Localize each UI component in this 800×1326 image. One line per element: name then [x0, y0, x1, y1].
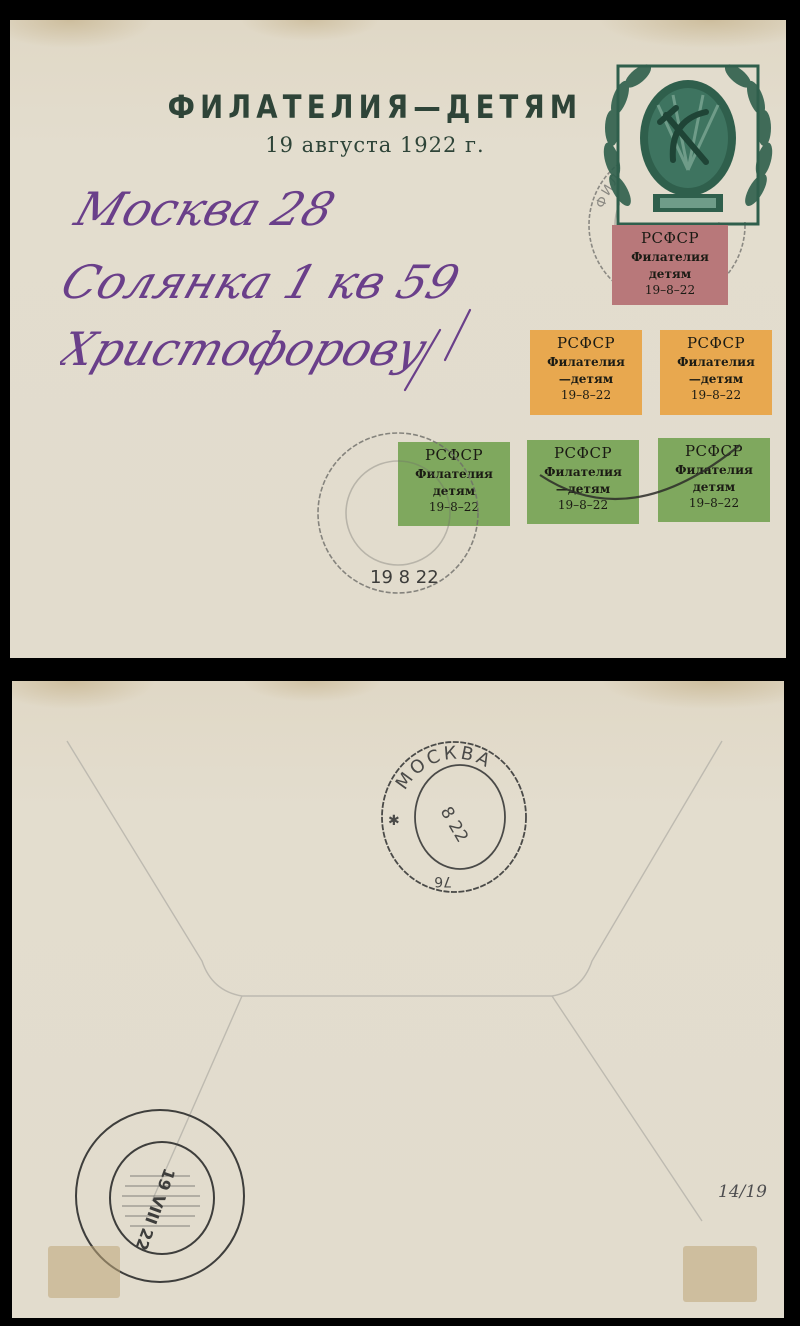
cover-front: ФИЛАТЕЛИЯ—ДЕТЯМ 19 августа 1922 г. Москв… — [10, 20, 786, 658]
svg-text:14/19: 14/19 — [718, 1182, 767, 1202]
stamp-orange-2: РСФСР Филателия —детям 19–8–22 — [660, 330, 772, 415]
hinge-remnant-right — [683, 1246, 757, 1302]
svg-text:19 VIII 22: 19 VIII 22 — [132, 1166, 179, 1253]
handwritten-address: Москва 28 Солянка 1 кв 59 Христофорову — [60, 170, 550, 400]
svg-text:76: 76 — [434, 873, 452, 889]
svg-text:8 22: 8 22 — [436, 803, 472, 846]
cover-back: МОСКВА 8 22 76 ✱ 19 VIII 22 14/19 — [12, 681, 784, 1318]
stamp-red: РСФСР Филателия детям 19–8–22 — [612, 225, 728, 305]
hinge-remnant-left — [48, 1246, 120, 1298]
coat-of-arms-icon — [598, 60, 778, 230]
cover-title: ФИЛАТЕЛИЯ—ДЕТЯМ — [164, 88, 585, 126]
address-line-2: Солянка 1 кв 59 — [60, 256, 466, 310]
postmark-back-moscow: МОСКВА 8 22 76 ✱ — [374, 739, 534, 899]
address-line-3: Христофорову — [60, 323, 434, 377]
svg-text:19 8 22: 19 8 22 — [370, 567, 439, 588]
cover-subtitle: 19 августа 1922 г. — [160, 133, 590, 157]
stamp-orange-1: РСФСР Филателия —детям 19–8–22 — [530, 330, 642, 415]
postmark-front-left: 19 8 22 — [310, 425, 490, 605]
address-line-1: Москва 28 — [67, 183, 341, 237]
cancellation-arc — [510, 415, 770, 525]
svg-text:✱: ✱ — [388, 813, 400, 829]
pencil-note: 14/19 — [716, 1165, 776, 1220]
